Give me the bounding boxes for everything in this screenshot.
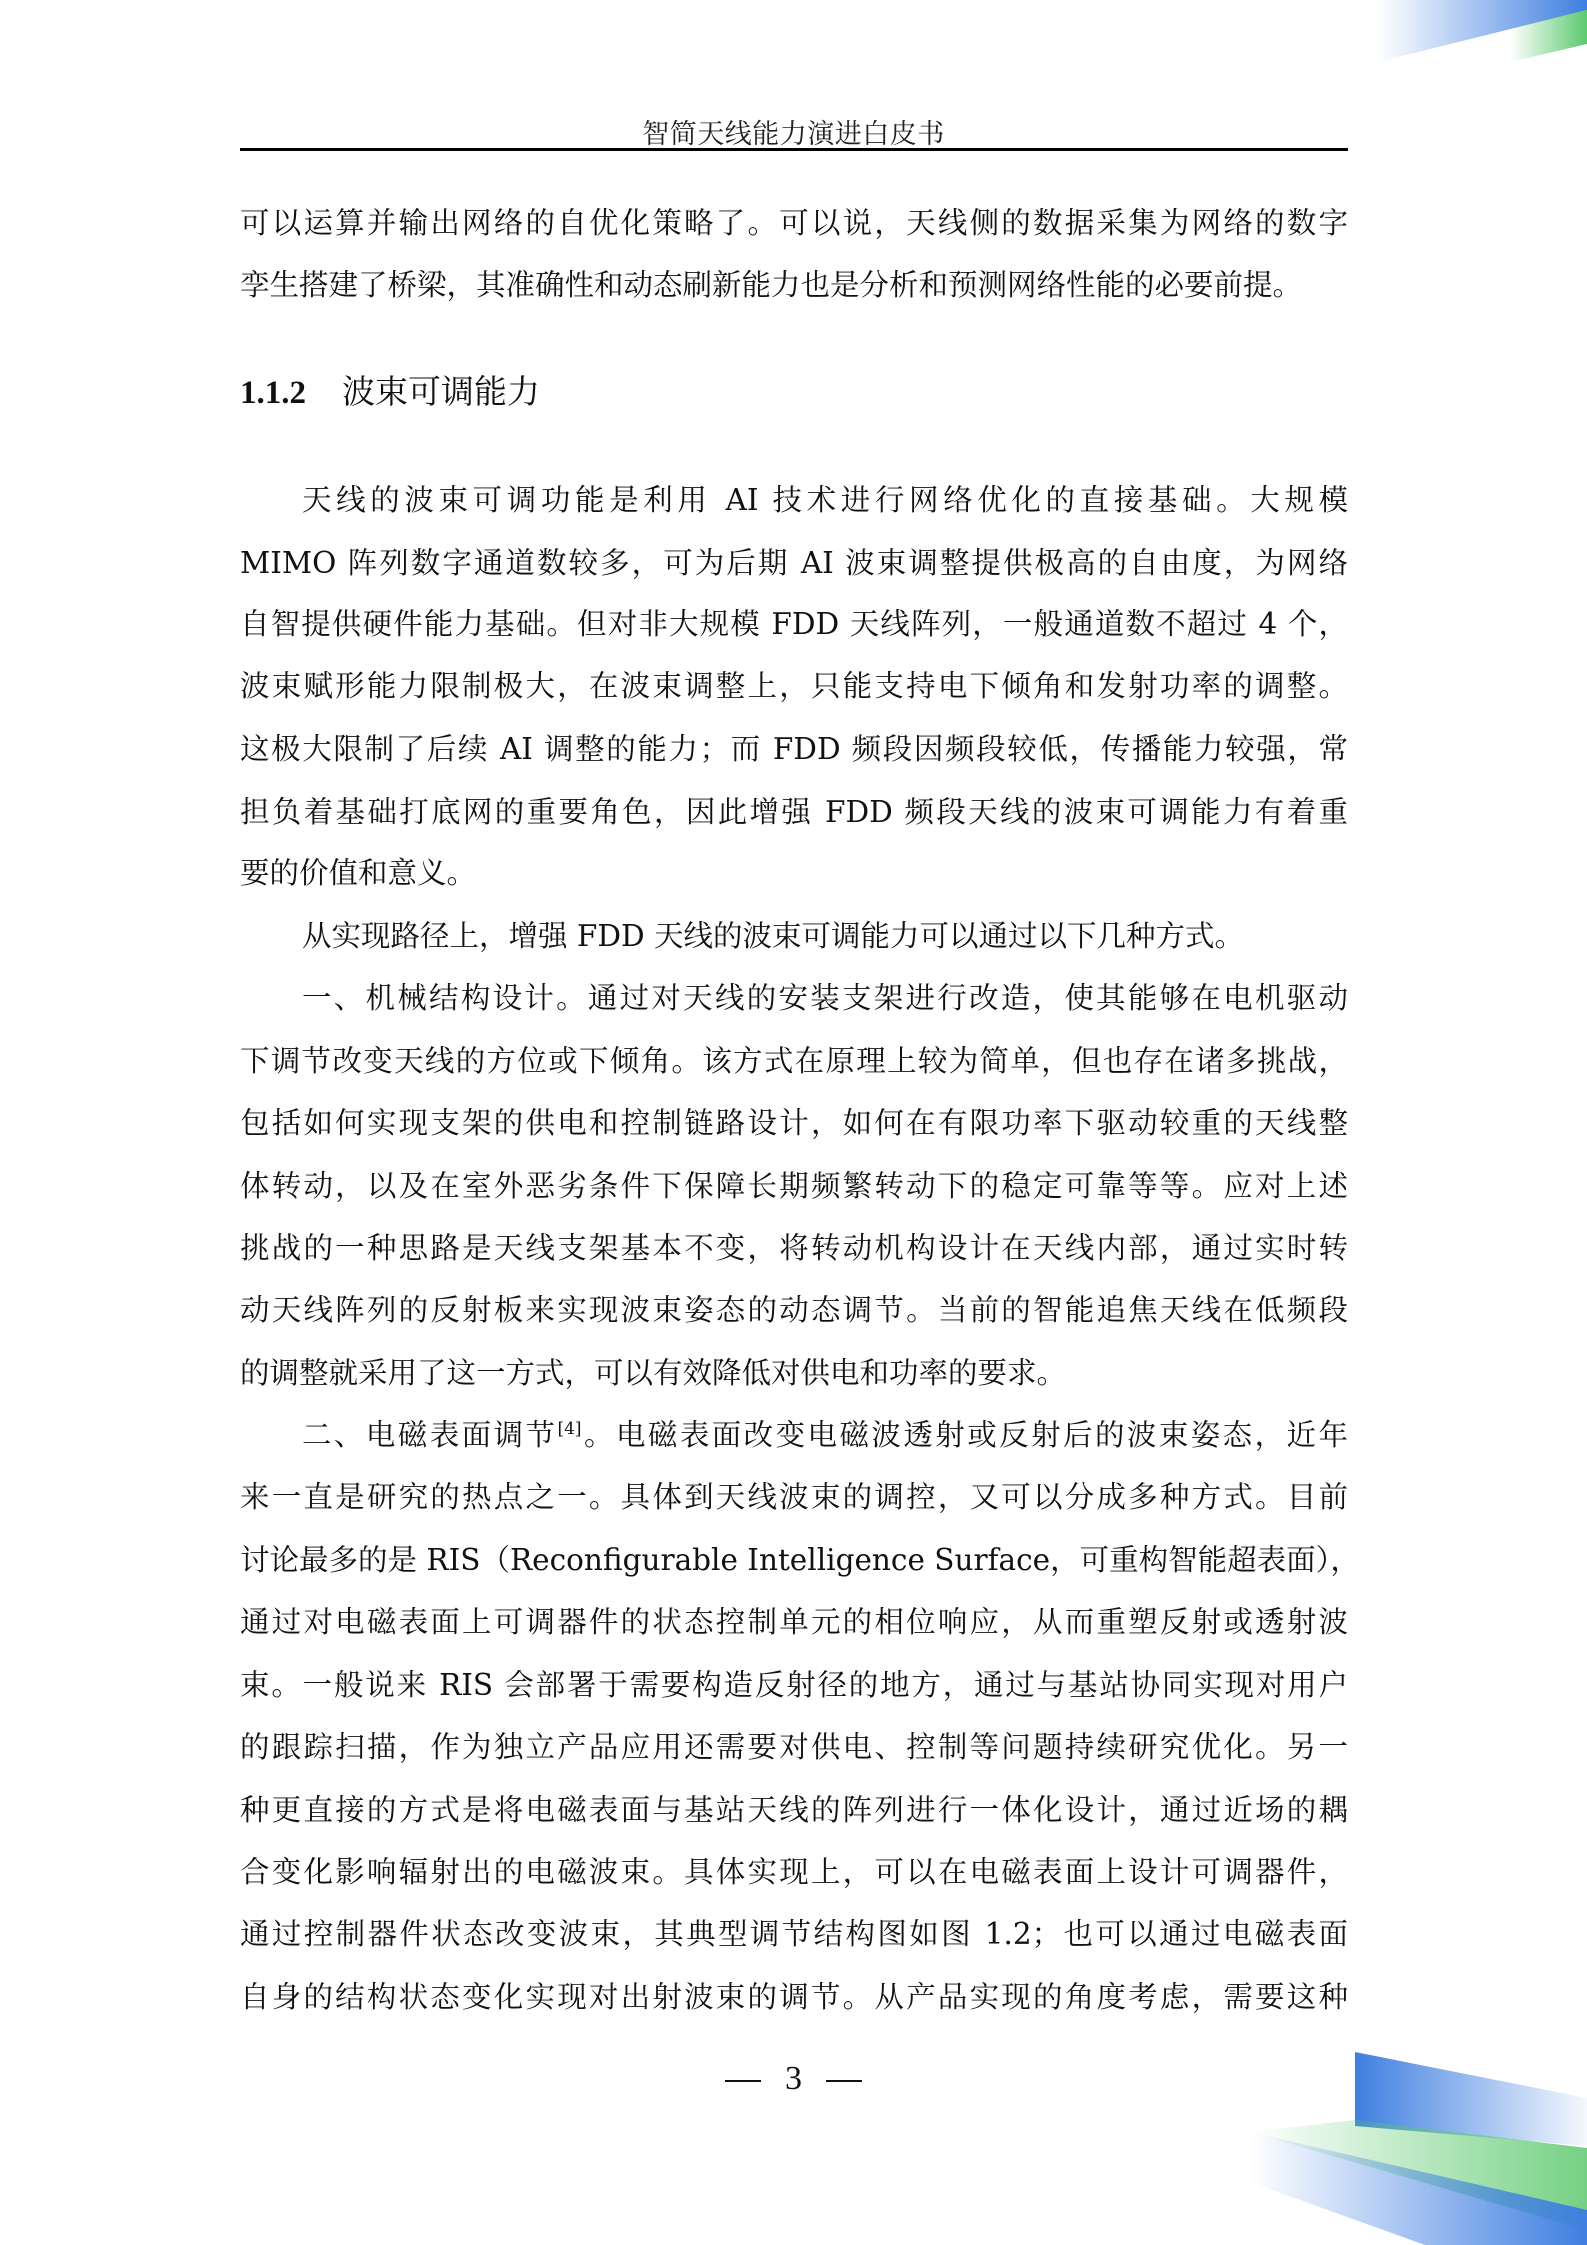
- dash-left: [725, 2080, 761, 2082]
- body-line: 可以运算并输出网络的自优化策略了。可以说，天线侧的数据采集为网络的数字: [240, 203, 1348, 243]
- body-line: 要的价值和意义。: [240, 853, 1348, 893]
- running-header-title: 智简天线能力演进白皮书: [0, 112, 1587, 151]
- dash-right: [826, 2080, 862, 2082]
- body-line: 种更直接的方式是将电磁表面与基站天线的阵列进行一体化设计，通过近场的耦: [240, 1790, 1348, 1830]
- body-line: 通过控制器件状态改变波束，其典型调节结构图如图 1.2；也可以通过电磁表面: [240, 1914, 1348, 1954]
- body-line: 二、电磁表面调节[4]。电磁表面改变电磁波透射或反射后的波束姿态，近年: [302, 1415, 1348, 1455]
- page-number: 3: [0, 2060, 1587, 2098]
- body-line: 下调节改变天线的方位或下倾角。该方式在原理上较为简单，但也存在诸多挑战，: [240, 1041, 1348, 1081]
- body-line: 挑战的一种思路是天线支架基本不变，将转动机构设计在天线内部，通过实时转: [240, 1228, 1348, 1268]
- body-line: 讨论最多的是 RIS（Reconfigurable Intelligence S…: [240, 1540, 1348, 1580]
- body-line: 自智提供硬件能力基础。但对非大规模 FDD 天线阵列，一般通道数不超过 4 个，: [240, 604, 1348, 644]
- body-line: 从实现路径上，增强 FDD 天线的波束可调能力可以通过以下几种方式。: [302, 916, 1348, 956]
- body-line: 天线的波束可调功能是利用 AI 技术进行网络优化的直接基础。大规模: [302, 480, 1348, 520]
- body-line: 通过对电磁表面上可调器件的状态控制单元的相位响应，从而重塑反射或透射波: [240, 1602, 1348, 1642]
- body-line: 波束赋形能力限制极大，在波束调整上，只能支持电下倾角和发射功率的调整。: [240, 666, 1348, 706]
- body-line: 自身的结构状态变化实现对出射波束的调节。从产品实现的角度考虑，需要这种: [240, 1977, 1348, 2017]
- citation-ref[interactable]: [4]: [557, 1419, 581, 1439]
- body-line: 孪生搭建了桥梁，其准确性和动态刷新能力也是分析和预测网络性能的必要前提。: [240, 265, 1348, 305]
- section-heading: 1.1.2波束可调能力: [240, 366, 540, 413]
- body-line: 体转动，以及在室外恶劣条件下保障长期频繁转动下的稳定可靠等等。应对上述: [240, 1166, 1348, 1206]
- section-title: 波束可调能力: [342, 372, 540, 411]
- body-line: 合变化影响辐射出的电磁波束。具体实现上，可以在电磁表面上设计可调器件，: [240, 1852, 1348, 1892]
- body-line: MIMO 阵列数字通道数较多，可为后期 AI 波束调整提供极高的自由度，为网络: [240, 543, 1348, 583]
- body-line: 这极大限制了后续 AI 调整的能力；而 FDD 频段因频段较低，传播能力较强，常: [240, 729, 1348, 769]
- top-right-decoration: [1370, 0, 1587, 65]
- section-number: 1.1.2: [240, 375, 306, 411]
- body-line: 的跟踪扫描，作为独立产品应用还需要对供电、控制等问题持续研究优化。另一: [240, 1727, 1348, 1767]
- body-text: 。电磁表面改变电磁波透射或反射后的波束姿态，近年: [582, 1418, 1348, 1452]
- body-line: 一、机械结构设计。通过对天线的安装支架进行改造，使其能够在电机驱动: [302, 978, 1348, 1018]
- body-line: 的调整就采用了这一方式，可以有效降低对供电和功率的要求。: [240, 1353, 1348, 1393]
- body-line: 包括如何实现支架的供电和控制链路设计，如何在有限功率下驱动较重的天线整: [240, 1103, 1348, 1143]
- body-line: 动天线阵列的反射板来实现波束姿态的动态调节。当前的智能追焦天线在低频段: [240, 1290, 1348, 1330]
- page-number-value: 3: [785, 2060, 802, 2097]
- body-line: 束。一般说来 RIS 会部署于需要构造反射径的地方，通过与基站协同实现对用户: [240, 1665, 1348, 1705]
- body-line: 担负着基础打底网的重要角色，因此增强 FDD 频段天线的波束可调能力有着重: [240, 792, 1348, 832]
- body-text: 二、电磁表面调节: [302, 1418, 557, 1452]
- header-divider: [240, 148, 1348, 151]
- body-line: 来一直是研究的热点之一。具体到天线波束的调控，又可以分成多种方式。目前: [240, 1477, 1348, 1517]
